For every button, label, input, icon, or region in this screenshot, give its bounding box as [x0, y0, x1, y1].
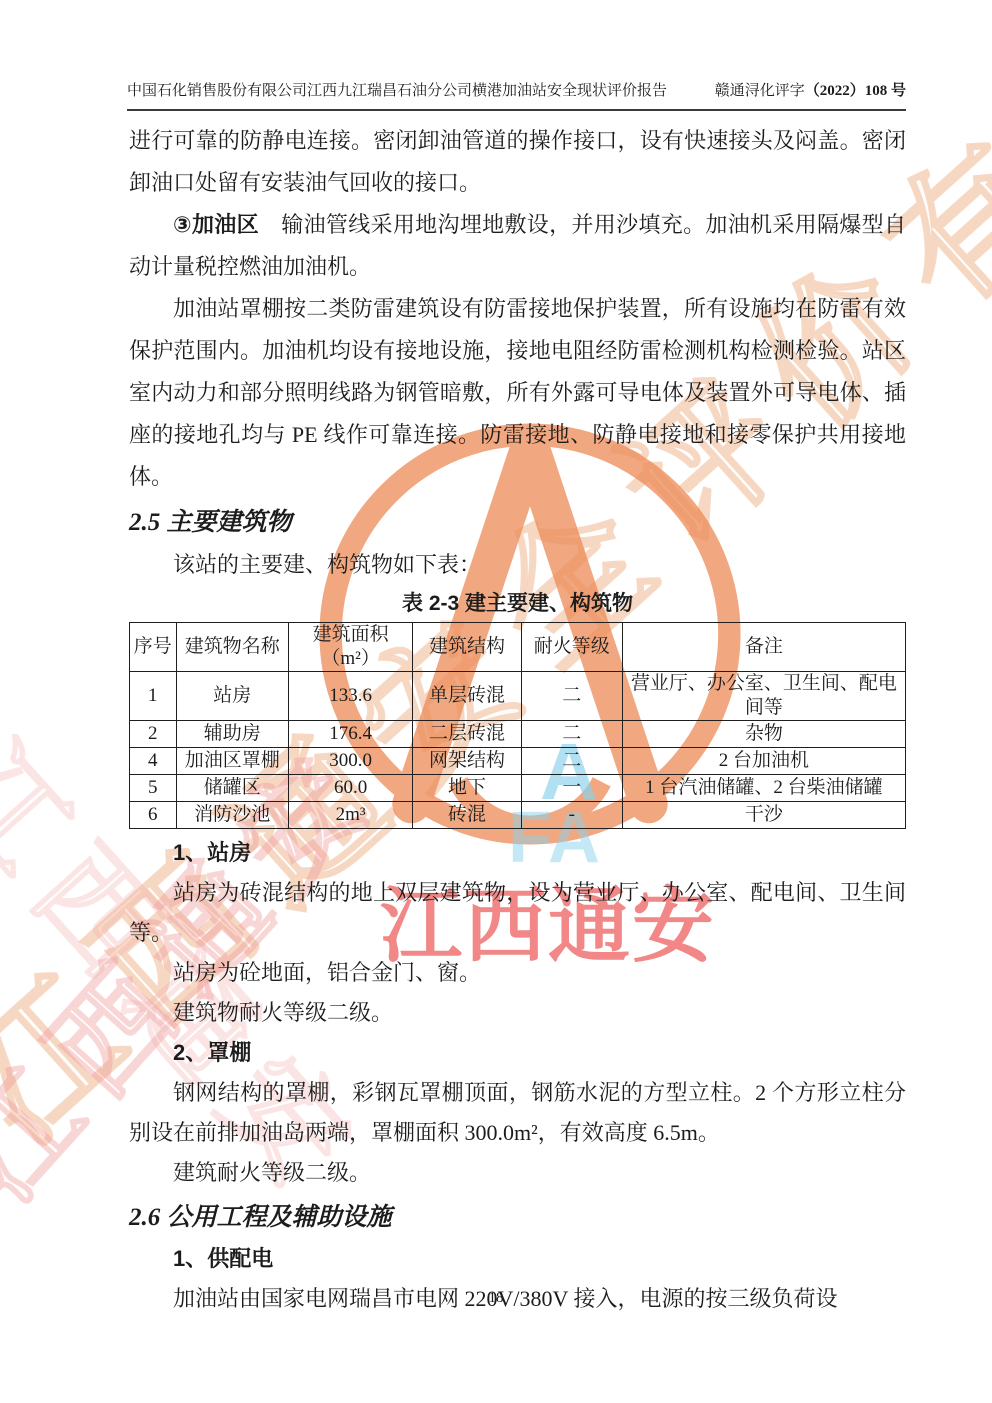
table-row: 2 辅助房 176.4 二层砖混 二 杂物	[130, 721, 906, 748]
col-header-index: 序号	[130, 623, 177, 672]
cell-remarks: 1 台汽油储罐、2 台柴油储罐	[622, 775, 905, 802]
paragraph-lightning-protection: 加油站罩棚按二类防雷建筑设有防雷接地保护装置，所有设施均在防雷有效保护范围内。加…	[129, 288, 906, 498]
header-report-title: 中国石化销售股份有限公司江西九江瑞昌石油分公司横港加油站安全现状评价报告	[127, 80, 667, 102]
section-heading-2-5: 2.5 主要建筑物	[129, 505, 906, 541]
cell-index: 6	[130, 802, 177, 829]
page-body: 进行可靠的防静电连接。密闭卸油管道的操作接口，设有快速接头及闷盖。密闭卸油口处留…	[129, 120, 906, 1319]
cell-remarks: 营业厅、办公室、卫生间、配电间等	[622, 672, 905, 721]
fueling-area-label: ③加油区	[173, 212, 259, 237]
doc-number-prefix: 赣通浔化评字	[715, 83, 805, 99]
paragraph-station-house-2: 站房为砼地面，铝合金门、窗。	[129, 953, 906, 993]
subsection-heading-canopy: 2、罩棚	[129, 1033, 906, 1073]
table-row: 4 加油区罩棚 300.0 网架结构 二 2 台加油机	[130, 748, 906, 775]
cell-index: 4	[130, 748, 177, 775]
cell-fire-rating: 一	[521, 775, 622, 802]
cell-fire-rating: 二	[521, 672, 622, 721]
cell-area: 133.6	[289, 672, 413, 721]
cell-remarks: 干沙	[622, 802, 905, 829]
cell-structure: 二层砖混	[413, 721, 522, 748]
buildings-table: 序号 建筑物名称 建筑面积（m²） 建筑结构 耐火等级 备注 1 站房 133.…	[129, 622, 906, 829]
paragraph-canopy-1: 钢网结构的罩棚，彩钢瓦罩棚顶面，钢筋水泥的方型立柱。2 个方形立柱分别设在前排加…	[129, 1073, 906, 1153]
cell-area: 300.0	[289, 748, 413, 775]
paragraph-fueling-area: ③加油区 输油管线采用地沟埋地敷设，并用沙填充。加油机采用隔爆型自动计量税控燃油…	[129, 204, 906, 288]
cell-fire-rating: 二	[521, 748, 622, 775]
cell-index: 5	[130, 775, 177, 802]
cell-building-name: 加油区罩棚	[176, 748, 289, 775]
cell-remarks: 2 台加油机	[622, 748, 905, 775]
cell-building-name: 储罐区	[176, 775, 289, 802]
paragraph-static-connection: 进行可靠的防静电连接。密闭卸油管道的操作接口，设有快速接头及闷盖。密闭卸油口处留…	[129, 120, 906, 204]
cell-structure: 网架结构	[413, 748, 522, 775]
col-header-remarks: 备注	[622, 623, 905, 672]
cell-building-name: 消防沙池	[176, 802, 289, 829]
cell-fire-rating: -	[521, 802, 622, 829]
table-header-row: 序号 建筑物名称 建筑面积（m²） 建筑结构 耐火等级 备注	[130, 623, 906, 672]
table-row: 5 储罐区 60.0 地下 一 1 台汽油储罐、2 台柴油储罐	[130, 775, 906, 802]
cell-remarks: 杂物	[622, 721, 905, 748]
cell-area: 60.0	[289, 775, 413, 802]
paragraph-table-intro: 该站的主要建、构筑物如下表：	[129, 544, 906, 586]
cell-index: 1	[130, 672, 177, 721]
cell-fire-rating: 二	[521, 721, 622, 748]
cell-area: 176.4	[289, 721, 413, 748]
cell-building-name: 辅助房	[176, 721, 289, 748]
header-document-number: 赣通浔化评字（2022）108 号	[715, 80, 906, 102]
doc-number-value: （2022）108 号	[805, 83, 906, 99]
col-header-area: 建筑面积（m²）	[289, 623, 413, 672]
cell-structure: 单层砖混	[413, 672, 522, 721]
cell-building-name: 站房	[176, 672, 289, 721]
cell-structure: 砖混	[413, 802, 522, 829]
col-header-fire-rating: 耐火等级	[521, 623, 622, 672]
cell-structure: 地下	[413, 775, 522, 802]
cell-index: 2	[130, 721, 177, 748]
table-row: 1 站房 133.6 单层砖混 二 营业厅、办公室、卫生间、配电间等	[130, 672, 906, 721]
document-page: 江西通安全评价有限公司 江西通安 江西通安 A FA 江西通安 中国石化销售股份…	[0, 0, 992, 1403]
page-header: 中国石化销售股份有限公司江西九江瑞昌石油分公司横港加油站安全现状评价报告 赣通浔…	[127, 80, 906, 111]
col-header-structure: 建筑结构	[413, 623, 522, 672]
col-header-building-name: 建筑物名称	[176, 623, 289, 672]
page-number: 18	[0, 1290, 992, 1307]
paragraph-station-house-3: 建筑物耐火等级二级。	[129, 993, 906, 1033]
section-heading-2-6: 2.6 公用工程及辅助设施	[129, 1200, 906, 1236]
table-row: 6 消防沙池 2m³ 砖混 - 干沙	[130, 802, 906, 829]
cell-area: 2m³	[289, 802, 413, 829]
paragraph-canopy-2: 建筑耐火等级二级。	[129, 1153, 906, 1193]
table-2-3-title: 表 2-3 建主要建、构筑物	[129, 588, 906, 619]
subsection-heading-power-supply: 1、供配电	[129, 1239, 906, 1279]
paragraph-station-house-1: 站房为砖混结构的地上双层建筑物，设为营业厅、办公室、配电间、卫生间等。	[129, 873, 906, 953]
subsection-heading-station-house: 1、站房	[129, 833, 906, 873]
